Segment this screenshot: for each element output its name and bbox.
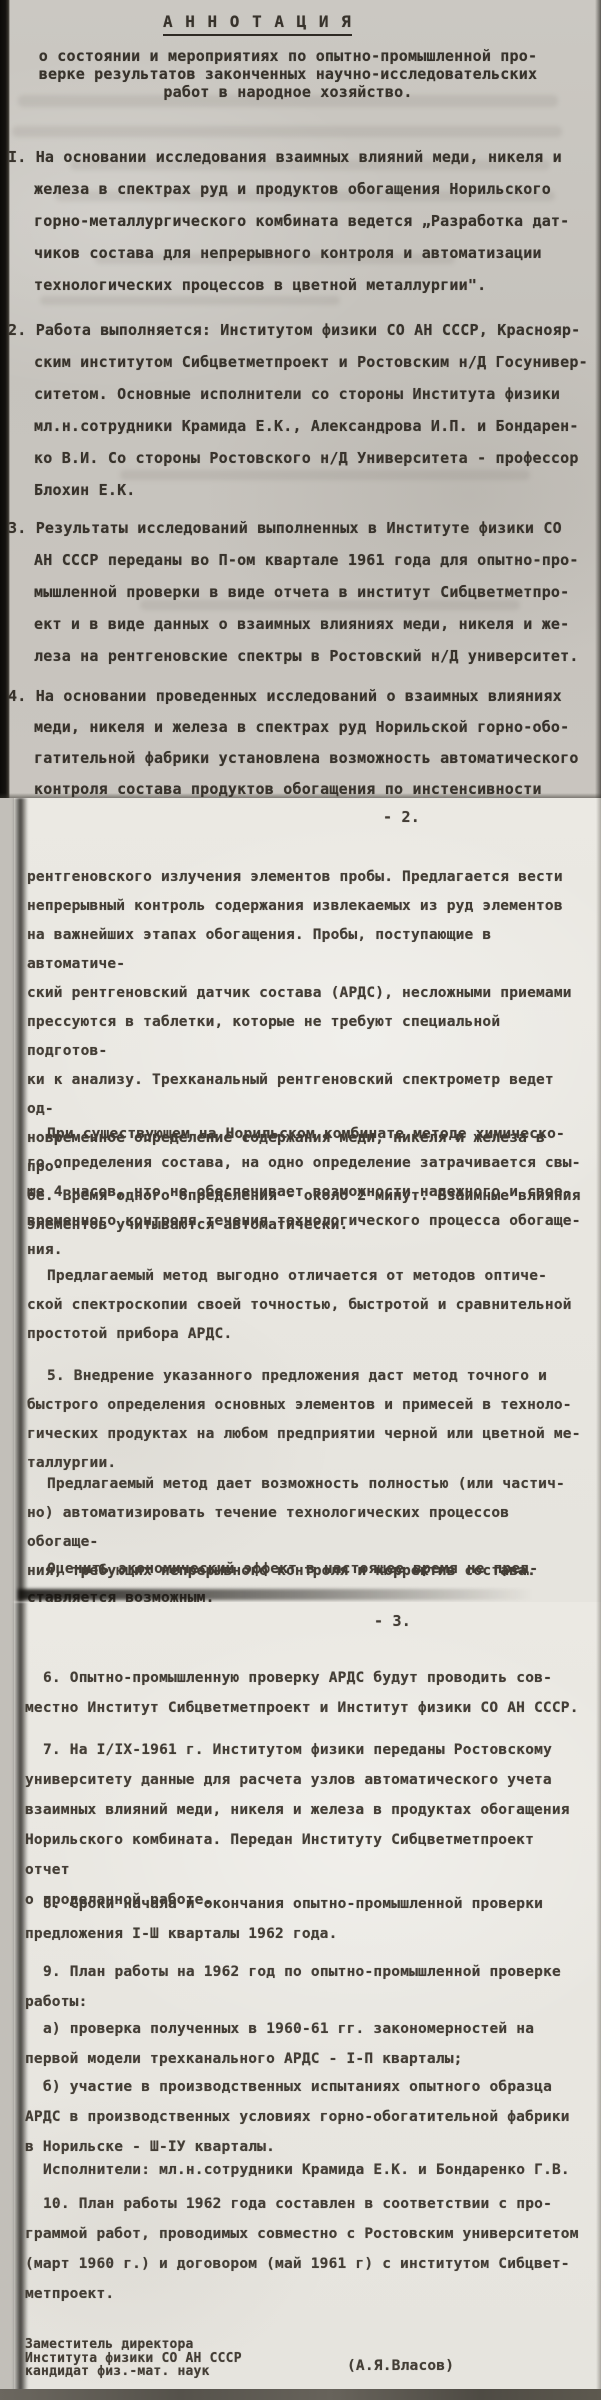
item-3: 3. Результаты исследований выполненных в… [8, 512, 601, 672]
item-1: I. На основании исследования взаимных вл… [8, 141, 601, 301]
item-4: 4. На основании проведенных исследований… [8, 681, 601, 798]
page-number: - 2. [383, 808, 420, 826]
page-2: - 2. рентгеновского излучения элементов … [0, 798, 601, 1602]
item-5: 5. Внедрение указанного предложения даст… [27, 1362, 585, 1478]
item-7: 7. На I/IX-1961 г. Институтом физики пер… [25, 1735, 585, 1915]
document-title: А Н Н О Т А Ц И Я [163, 12, 352, 36]
item-9a: а) проверка полученных в 1960-61 гг. зак… [25, 2014, 585, 2074]
item-6: 6. Опытно-промышленную проверку АРДС буд… [25, 1663, 585, 1723]
item-2: 2. Работа выполняется: Институтом физики… [8, 314, 601, 506]
paragraph-chemical-method: При существующем на Норильском комбинате… [27, 1120, 585, 1265]
page-1: А Н Н О Т А Ц И Я о состоянии и мероприя… [0, 0, 601, 798]
scanned-document: А Н Н О Т А Ц И Я о состоянии и мероприя… [0, 0, 601, 2400]
page-bottom-edge-shadow [18, 1589, 533, 1600]
page-left-edge-shadow [13, 798, 28, 1602]
signature-position: Заместитель директора Института физики С… [25, 2338, 242, 2379]
item-10: 10. План работы 1962 года составлен в со… [25, 2189, 585, 2309]
page-number: - 3. [374, 1612, 411, 1630]
paragraph-method-advantages: Предлагаемый метод выгодно отличается от… [27, 1262, 585, 1349]
item-8: 8. Сроки начала и окончания опытно-промы… [25, 1889, 585, 1949]
page-right-edge-shadow [596, 798, 601, 1602]
item-9-executors: Исполнители: мл.н.сотрудники Крамида Е.К… [25, 2155, 585, 2185]
scanner-gutter [0, 798, 14, 1602]
document-subtitle: о состоянии и мероприятиях по опытно-про… [8, 47, 568, 101]
item-9b: б) участие в производственных испытаниях… [25, 2072, 585, 2162]
bleed-through-smudge [12, 126, 562, 137]
scanner-gutter [0, 1602, 14, 2400]
item-9: 9. План работы на 1962 год по опытно-про… [25, 1957, 585, 2017]
page-right-edge-shadow [596, 1602, 601, 2400]
page-3: - 3. 6. Опытно-промышленную проверку АРД… [0, 1602, 601, 2400]
scan-bottom-strip [0, 2389, 601, 2400]
signature-name: (А.Я.Власов) [347, 2358, 454, 2374]
